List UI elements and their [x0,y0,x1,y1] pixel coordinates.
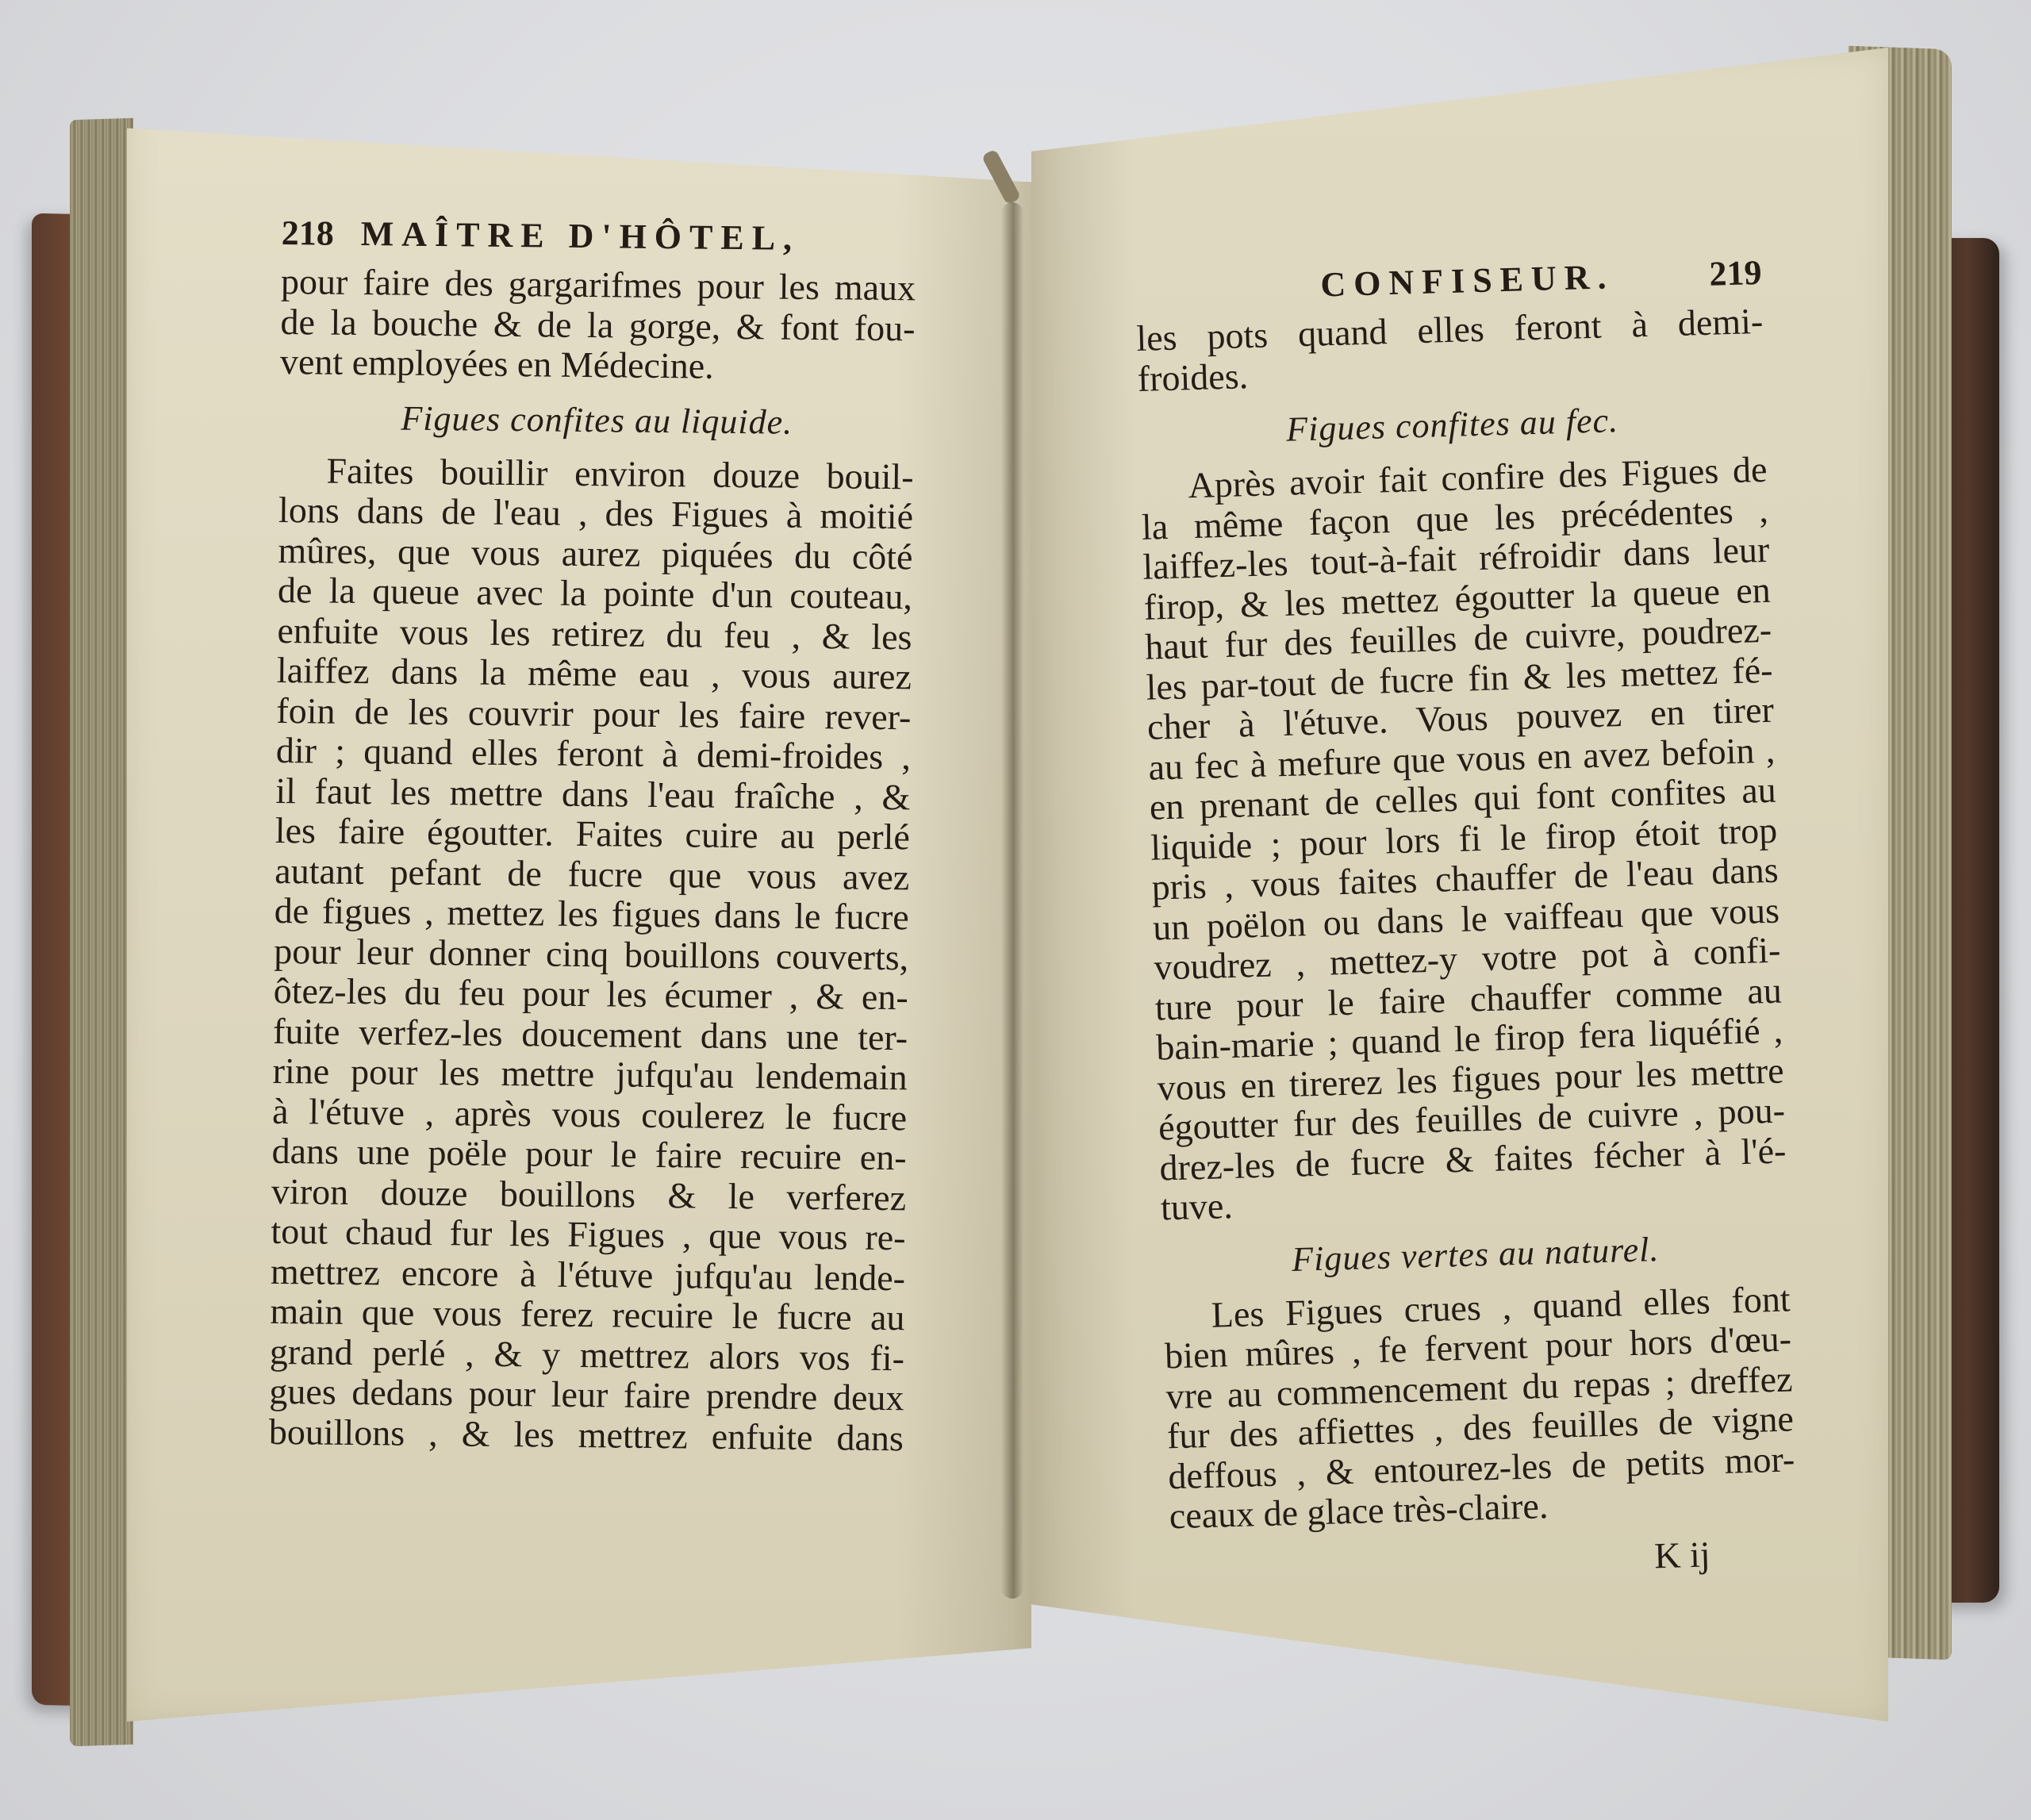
text-line: rine pour les mettre jufqu'au lendemain [272,1051,907,1098]
text-line: lons dans de l'eau , des Figues à moitié [278,490,913,537]
text-line: tout chaud fur les Figues , que vous re- [271,1211,905,1258]
text-line: les faire égoutter. Faites cuire au perl… [275,811,910,858]
text-line: dir ; quand elles feront à demi-froides … [276,731,911,778]
book-gutter [1001,202,1023,1599]
left-page-text: 218 MAÎTRE D'HÔTEL, pour faire des garga… [269,213,916,1458]
text-line: ôtez-les du feu pour les écumer , & en- [273,971,908,1018]
page-number-left: 218 [281,213,334,254]
section-heading: Figues vertes au naturel. [1161,1225,1789,1284]
section-heading: Figues confites au fec. [1138,396,1766,455]
text-line: de figues , mettez les figues dans le fu… [275,891,909,938]
text-line: main que vous ferez recuire le fucre au [270,1292,904,1338]
text-line: vent employées en Médecine. [280,342,915,389]
section-heading: Figues confites au liquide. [279,396,915,443]
text-line: gues dedans pour leur faire prendre deux [269,1372,904,1419]
text-line: bouillons , & les mettrez enfuite dans [269,1411,904,1458]
text-line: de la queue avec la pointe d'un couteau, [278,570,912,617]
text-line: dans une poële pour le faire recuire en- [271,1131,906,1178]
running-head-title-right: CONFISEUR. [1320,256,1614,305]
left-running-head: 218 MAÎTRE D'HÔTEL, [281,213,916,268]
page-edges-left [70,118,133,1747]
text-line: laiffez dans la même eau , vous aurez [277,651,912,697]
book-photo: 218 MAÎTRE D'HÔTEL, pour faire des garga… [0,0,2031,1820]
text-line: pour faire des gargarifmes pour les maux [281,262,916,309]
running-head-title-left: MAÎTRE D'HÔTEL, [360,213,800,259]
page-number-right: 219 [1709,252,1762,294]
right-page-text: CONFISEUR. 219 les pots quand elles fero… [1135,252,1798,1590]
